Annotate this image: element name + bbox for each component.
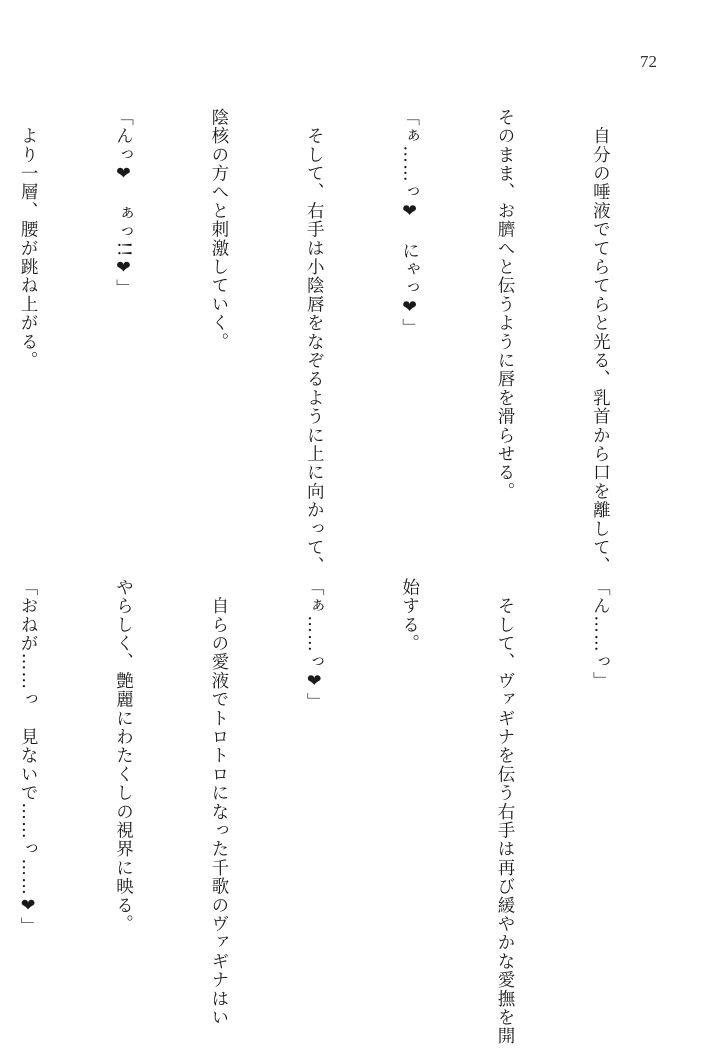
text-column: やらしく、艶麗にわたくしの視界に映る。 — [107, 578, 139, 1028]
text-column: そして、右手は小陰唇をなぞるように上に向かって、 — [297, 108, 329, 558]
text-column: より一層、腰が跳ね上がる。 — [11, 108, 43, 558]
text-column: 「ん……っ」 — [584, 578, 616, 1028]
bottom-text-block: 「ん……っ」 そして、ヴァギナを伝う右手は再び緩やかな愛撫を開 始する。 「ぁ…… — [0, 578, 679, 1028]
text-column: そして、ヴァギナを伝う右手は再び緩やかな愛撫を開 — [488, 578, 520, 1028]
text-column: 「ぁ……っ❤ にゃっ❤」 — [393, 108, 425, 558]
text-column: 自らの愛液でトロトロになった千歌のヴァギナはい — [202, 578, 234, 1028]
page-number: 72 — [640, 52, 657, 72]
text-column: 「ぁ……っ❤」 — [297, 578, 329, 1028]
top-text-block: 自分の唾液でてらてらと光る、乳首から口を離して、 そのまま、お臍へと伝うように唇… — [0, 108, 679, 558]
text-column: 陰核の方へと刺激していく。 — [202, 108, 234, 558]
text-column: 始する。 — [393, 578, 425, 1028]
text-column: 「んっ❤ ぁっ!!❤」 — [107, 108, 139, 558]
text-column: 「おねが……っ 見ないで……っ……❤」 — [11, 578, 43, 1028]
text-column: そのまま、お臍へと伝うように唇を滑らせる。 — [488, 108, 520, 558]
text-column: 自分の唾液でてらてらと光る、乳首から口を離して、 — [584, 108, 616, 558]
